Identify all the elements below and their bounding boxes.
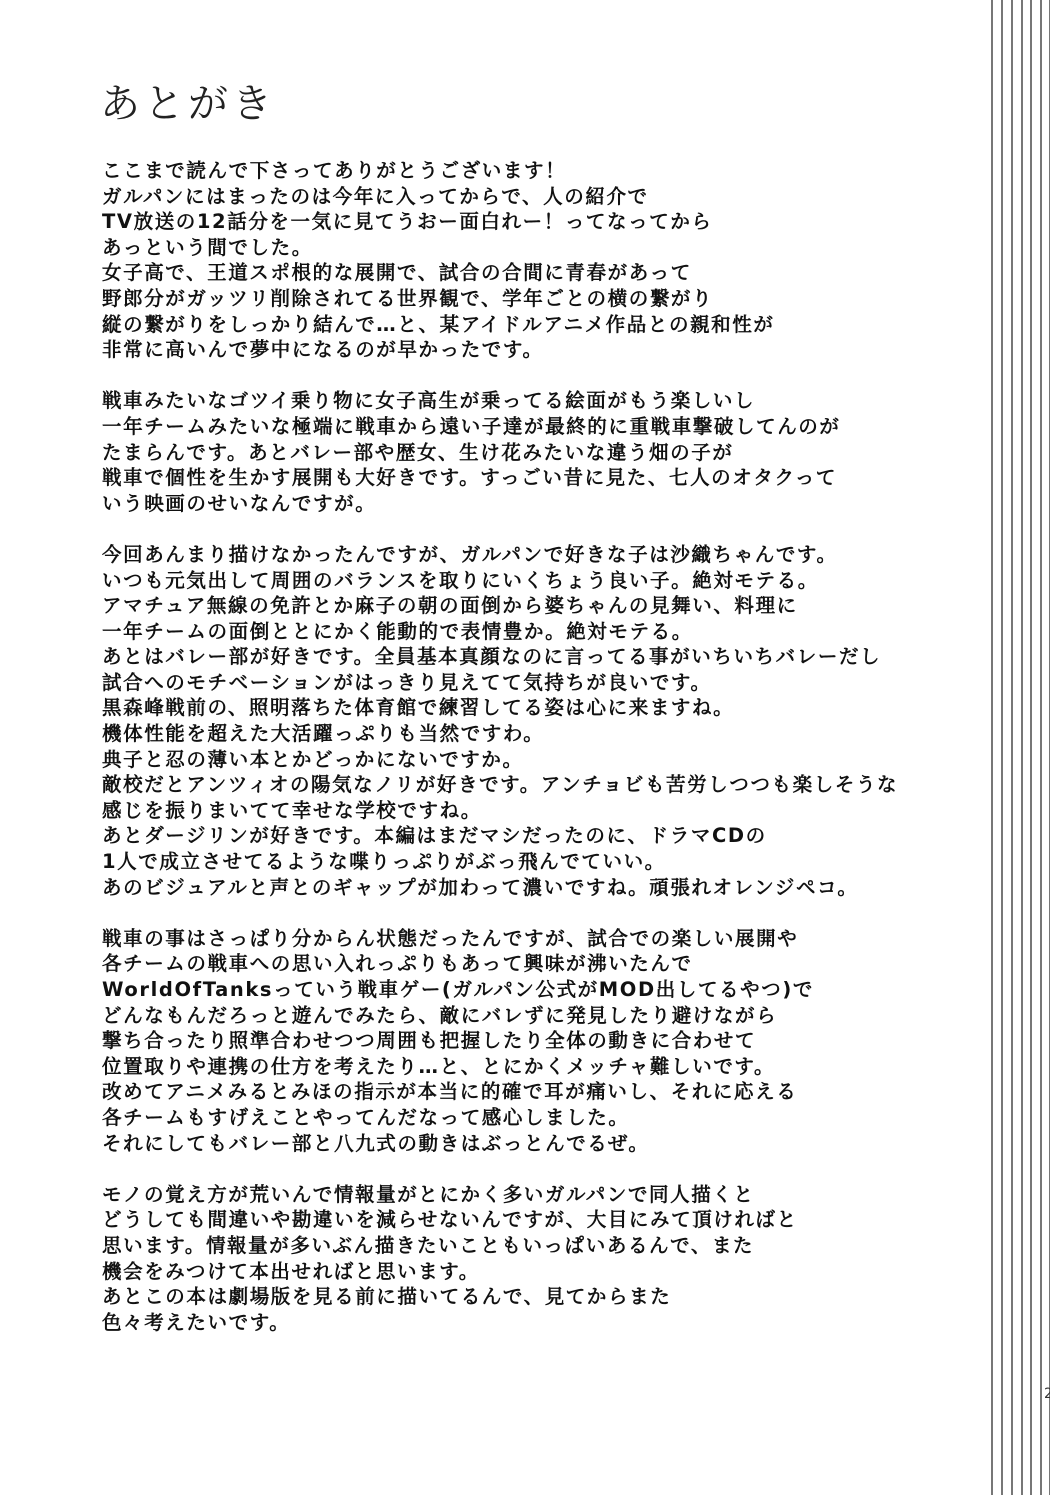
text-line: どんなもんだろっと遊んでみたら、敵にバレずに発見したり避けながら <box>102 1003 972 1029</box>
text-line: 典子と忍の薄い本とかどっかにないですか。 <box>102 747 972 773</box>
text-line: あっという間でした。 <box>102 235 972 261</box>
text-line: ここまで読んで下さってありがとうございます！ <box>102 158 972 184</box>
text-line: モノの覚え方が荒いんで情報量がとにかく多いガルパンで同人描くと <box>102 1182 972 1208</box>
text-line: アマチュア無線の免許とか麻子の朝の面倒から婆ちゃんの見舞い、料理に <box>102 593 972 619</box>
text-line: 試合へのモチベーションがはっきり見えてて気持ちが良いです。 <box>102 670 972 696</box>
paragraph-3: 今回あんまり描けなかったんですが、ガルパンで好きな子は沙織ちゃんです。 いつも元… <box>102 542 972 900</box>
vertical-rule <box>1001 0 1003 1495</box>
paragraph-2: 戦車みたいなゴツイ乗り物に女子高生が乗ってる絵面がもう楽しいし 一年チームみたい… <box>102 388 972 516</box>
text-line: 各チームの戦車への思い入れっぷりもあって興味が沸いたんで <box>102 951 972 977</box>
text-line: 機体性能を超えた大活躍っぷりも当然ですわ。 <box>102 721 972 747</box>
text-line: 機会をみつけて本出せればと思います。 <box>102 1259 972 1285</box>
text-line: 色々考えたいです。 <box>102 1310 972 1336</box>
vertical-rule <box>1011 0 1013 1495</box>
text-line: 今回あんまり描けなかったんですが、ガルパンで好きな子は沙織ちゃんです。 <box>102 542 972 568</box>
text-line: 一年チームの面倒ととにかく能動的で表情豊か。絶対モテる。 <box>102 619 972 645</box>
text-line: あとダージリンが好きです。本編はまだマシだったのに、ドラマCDの <box>102 823 972 849</box>
paragraph-1: ここまで読んで下さってありがとうございます！ ガルパンにはまったのは今年に入って… <box>102 158 972 363</box>
text-line: 撃ち合ったり照準合わせつつ周囲も把握したり全体の動きに合わせて <box>102 1028 972 1054</box>
text-line: 縦の繋がりをしっかり結んで…と、某アイドルアニメ作品との親和性が <box>102 312 972 338</box>
vertical-rule <box>1040 0 1042 1495</box>
text-line: あとはバレー部が好きです。全員基本真顔なのに言ってる事がいちいちバレーだし <box>102 644 972 670</box>
vertical-rule <box>1021 0 1023 1495</box>
vertical-rule <box>1030 0 1032 1495</box>
text-line: 感じを振りまいてて幸せな学校ですね。 <box>102 798 972 824</box>
text-line: 非常に高いんで夢中になるのが早かったです。 <box>102 337 972 363</box>
text-line: 位置取りや連携の仕方を考えたり…と、とにかくメッチャ難しいです。 <box>102 1054 972 1080</box>
text-line: いう映画のせいなんですが。 <box>102 491 972 517</box>
afterword-body: ここまで読んで下さってありがとうございます！ ガルパンにはまったのは今年に入って… <box>102 158 972 1361</box>
text-line: いつも元気出して周囲のバランスを取りにいくちょう良い子。絶対モテる。 <box>102 568 972 594</box>
text-line: 1人で成立させてるような喋りっぷりがぶっ飛んでていい。 <box>102 849 972 875</box>
text-line: 思います。情報量が多いぶん描きたいこともいっぱいあるんで、また <box>102 1233 972 1259</box>
text-line: 黒森峰戦前の、照明落ちた体育館で練習してる姿は心に来ますね。 <box>102 695 972 721</box>
text-line: TV放送の12話分を一気に見てうおー面白れー！ってなってから <box>102 209 972 235</box>
paragraph-5: モノの覚え方が荒いんで情報量がとにかく多いガルパンで同人描くと どうしても間違い… <box>102 1182 972 1336</box>
text-line: WorldOfTanksっていう戦車ゲー(ガルパン公式がMOD出してるやつ)で <box>102 977 972 1003</box>
text-line: どうしても間違いや勘違いを減らせないんですが、大目にみて頂ければと <box>102 1207 972 1233</box>
text-line: 野郎分がガッツリ削除されてる世界観で、学年ごとの横の繋がり <box>102 286 972 312</box>
page: あとがき ここまで読んで下さってありがとうございます！ ガルパンにはまったのは今… <box>0 0 1050 1495</box>
text-line: 各チームもすげえことやってんだなって感心しました。 <box>102 1105 972 1131</box>
text-line: 戦車で個性を生かす展開も大好きです。すっごい昔に見た、七人のオタクって <box>102 465 972 491</box>
vertical-rule <box>991 0 993 1495</box>
text-line: あとこの本は劇場版を見る前に描いてるんで、見てからまた <box>102 1284 972 1310</box>
text-line: あのビジュアルと声とのギャップが加わって濃いですね。頑張れオレンジペコ。 <box>102 875 972 901</box>
text-line: 敵校だとアンツィオの陽気なノリが好きです。アンチョビも苦労しつつも楽しそうな <box>102 772 972 798</box>
text-line: 戦車みたいなゴツイ乗り物に女子高生が乗ってる絵面がもう楽しいし <box>102 388 972 414</box>
page-number: 2 <box>1044 1386 1050 1402</box>
paragraph-4: 戦車の事はさっぱり分からん状態だったんですが、試合での楽しい展開や 各チームの戦… <box>102 926 972 1156</box>
text-line: たまらんです。あとバレー部や歴女、生け花みたいな違う畑の子が <box>102 440 972 466</box>
text-line: 戦車の事はさっぱり分からん状態だったんですが、試合での楽しい展開や <box>102 926 972 952</box>
text-line: 改めてアニメみるとみほの指示が本当に的確で耳が痛いし、それに応える <box>102 1079 972 1105</box>
text-line: 一年チームみたいな極端に戦車から遠い子達が最終的に重戦車撃破してんのが <box>102 414 972 440</box>
text-line: 女子高で、王道スポ根的な展開で、試合の合間に青春があって <box>102 260 972 286</box>
page-title: あとがき <box>100 72 276 129</box>
text-line: ガルパンにはまったのは今年に入ってからで、人の紹介で <box>102 184 972 210</box>
text-line: それにしてもバレー部と八九式の動きはぶっとんでるぜ。 <box>102 1131 972 1157</box>
